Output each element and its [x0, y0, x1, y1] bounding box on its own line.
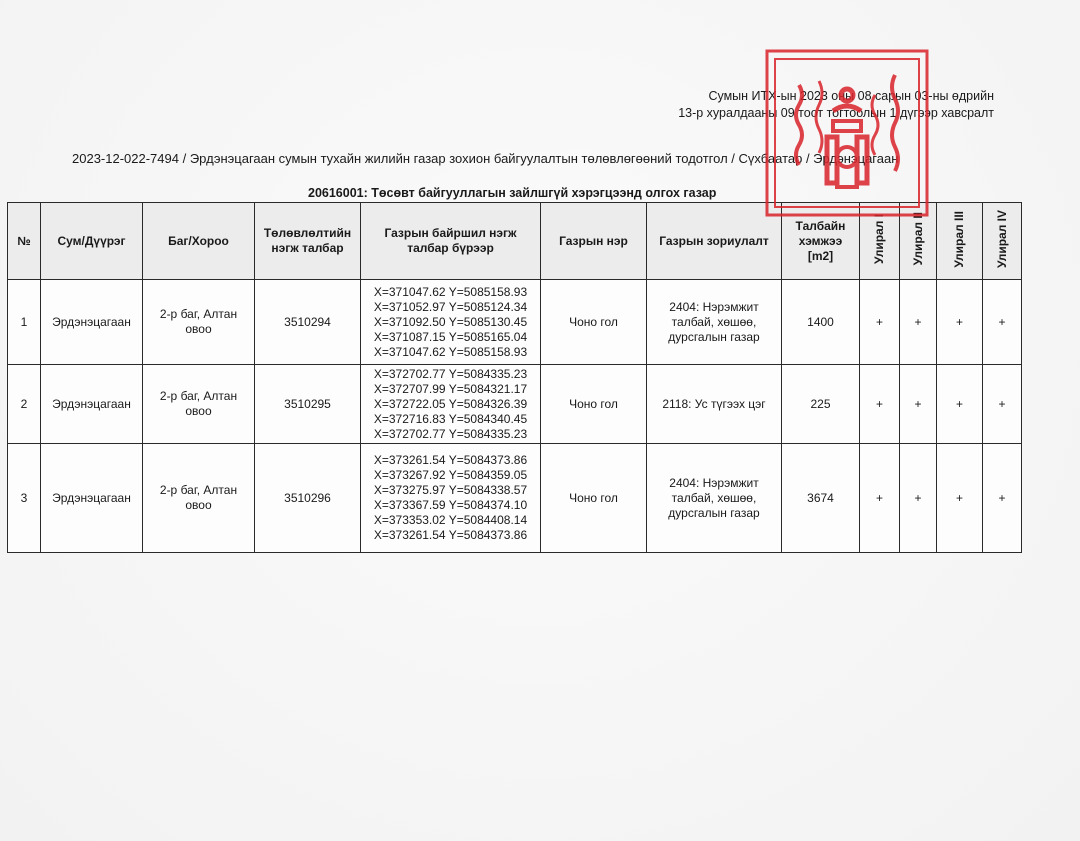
cell-bag: 2-р баг, Алтан овоо — [143, 280, 255, 365]
cell-no: 1 — [8, 280, 41, 365]
section-title: 20616001: Төсөвт байгууллагын зайлшгүй х… — [308, 186, 716, 200]
scanned-document-page: Сумын ИТХ-ын 2023 оны 08 сарын 03-ны өдр… — [0, 0, 1080, 841]
coordinate-line: X=372716.83 Y=5084340.45 — [364, 412, 537, 427]
official-seal-icon — [763, 45, 931, 221]
coordinate-line: X=371087.15 Y=5085165.04 — [364, 330, 537, 345]
coordinate-line: X=372702.77 Y=5084335.23 — [364, 367, 537, 382]
cell-name: Чоно гол — [541, 365, 647, 444]
header-season-1: Улирал I — [860, 203, 900, 280]
header-season-2: Улирал II — [900, 203, 937, 280]
table-row: 3Эрдэнэцагаан2-р баг, Алтан овоо3510296X… — [8, 444, 1022, 553]
coordinate-line: X=371047.62 Y=5085158.93 — [364, 345, 537, 360]
coordinate-line: X=373261.54 Y=5084373.86 — [364, 528, 537, 543]
approval-note: Сумын ИТХ-ын 2023 оны 08 сарын 03-ны өдр… — [678, 88, 994, 122]
document-title: 2023-12-022-7494 / Эрдэнэцагаан сумын ту… — [72, 151, 898, 166]
cell-season-2: + — [900, 365, 937, 444]
cell-season-3: + — [937, 365, 983, 444]
table-body: 1Эрдэнэцагаан2-р баг, Алтан овоо3510294X… — [8, 280, 1022, 553]
cell-season-3: + — [937, 444, 983, 553]
season-3-label: Улирал III — [952, 211, 967, 268]
cell-area: 3674 — [782, 444, 860, 553]
season-4-label: Улирал IV — [995, 210, 1010, 268]
header-no: № — [8, 203, 41, 280]
approval-note-line1: Сумын ИТХ-ын 2023 оны 08 сарын 03-ны өдр… — [678, 88, 994, 105]
cell-unit: 3510295 — [255, 365, 361, 444]
table-header-row: № Сум/Дүүрэг Баг/Хороо Төлөвлөлтийн нэгж… — [8, 203, 1022, 280]
cell-no: 2 — [8, 365, 41, 444]
header-name: Газрын нэр — [541, 203, 647, 280]
cell-season-4: + — [983, 444, 1022, 553]
table-row: 2Эрдэнэцагаан2-р баг, Алтан овоо3510295X… — [8, 365, 1022, 444]
cell-season-4: + — [983, 280, 1022, 365]
cell-purpose: 2118: Ус түгээх цэг — [647, 365, 782, 444]
cell-unit: 3510296 — [255, 444, 361, 553]
cell-name: Чоно гол — [541, 280, 647, 365]
header-season-4: Улирал IV — [983, 203, 1022, 280]
table-row: 1Эрдэнэцагаан2-р баг, Алтан овоо3510294X… — [8, 280, 1022, 365]
season-1-label: Улирал I — [872, 214, 887, 264]
cell-season-1: + — [860, 365, 900, 444]
approval-note-line2: 13-р хуралдааны 09 тоот тогтоолын 1 дүгэ… — [678, 105, 994, 122]
coordinate-line: X=372702.77 Y=5084335.23 — [364, 427, 537, 442]
header-sum: Сум/Дүүрэг — [41, 203, 143, 280]
coordinate-line: X=371052.97 Y=5085124.34 — [364, 300, 537, 315]
header-location: Газрын байршил нэгж талбар бүрээр — [361, 203, 541, 280]
cell-area: 225 — [782, 365, 860, 444]
coordinate-line: X=372707.99 Y=5084321.17 — [364, 382, 537, 397]
coordinate-line: X=372722.05 Y=5084326.39 — [364, 397, 537, 412]
coordinate-line: X=371047.62 Y=5085158.93 — [364, 285, 537, 300]
header-bag: Баг/Хороо — [143, 203, 255, 280]
cell-coordinates: X=371047.62 Y=5085158.93X=371052.97 Y=50… — [361, 280, 541, 365]
cell-season-1: + — [860, 280, 900, 365]
header-unit: Төлөвлөлтийн нэгж талбар — [255, 203, 361, 280]
seal-graphic — [763, 45, 931, 221]
header-season-3: Улирал III — [937, 203, 983, 280]
cell-name: Чоно гол — [541, 444, 647, 553]
cell-season-2: + — [900, 444, 937, 553]
header-purpose: Газрын зориулалт — [647, 203, 782, 280]
season-2-label: Улирал II — [911, 212, 926, 265]
coordinate-line: X=371092.50 Y=5085130.45 — [364, 315, 537, 330]
cell-coordinates: X=372702.77 Y=5084335.23X=372707.99 Y=50… — [361, 365, 541, 444]
cell-season-3: + — [937, 280, 983, 365]
cell-coordinates: X=373261.54 Y=5084373.86X=373267.92 Y=50… — [361, 444, 541, 553]
coordinate-line: X=373367.59 Y=5084374.10 — [364, 498, 537, 513]
cell-bag: 2-р баг, Алтан овоо — [143, 444, 255, 553]
land-allocation-table: № Сум/Дүүрэг Баг/Хороо Төлөвлөлтийн нэгж… — [7, 202, 1022, 553]
cell-season-1: + — [860, 444, 900, 553]
cell-purpose: 2404: Нэрэмжит талбай, хөшөө, дурсгалын … — [647, 444, 782, 553]
header-area: Талбайн хэмжээ [m2] — [782, 203, 860, 280]
cell-sum: Эрдэнэцагаан — [41, 365, 143, 444]
cell-purpose: 2404: Нэрэмжит талбай, хөшөө, дурсгалын … — [647, 280, 782, 365]
cell-sum: Эрдэнэцагаан — [41, 444, 143, 553]
coordinate-line: X=373275.97 Y=5084338.57 — [364, 483, 537, 498]
cell-area: 1400 — [782, 280, 860, 365]
cell-no: 3 — [8, 444, 41, 553]
coordinate-line: X=373353.02 Y=5084408.14 — [364, 513, 537, 528]
coordinate-line: X=373267.92 Y=5084359.05 — [364, 468, 537, 483]
cell-season-4: + — [983, 365, 1022, 444]
coordinate-line: X=373261.54 Y=5084373.86 — [364, 453, 537, 468]
cell-sum: Эрдэнэцагаан — [41, 280, 143, 365]
cell-unit: 3510294 — [255, 280, 361, 365]
cell-bag: 2-р баг, Алтан овоо — [143, 365, 255, 444]
cell-season-2: + — [900, 280, 937, 365]
